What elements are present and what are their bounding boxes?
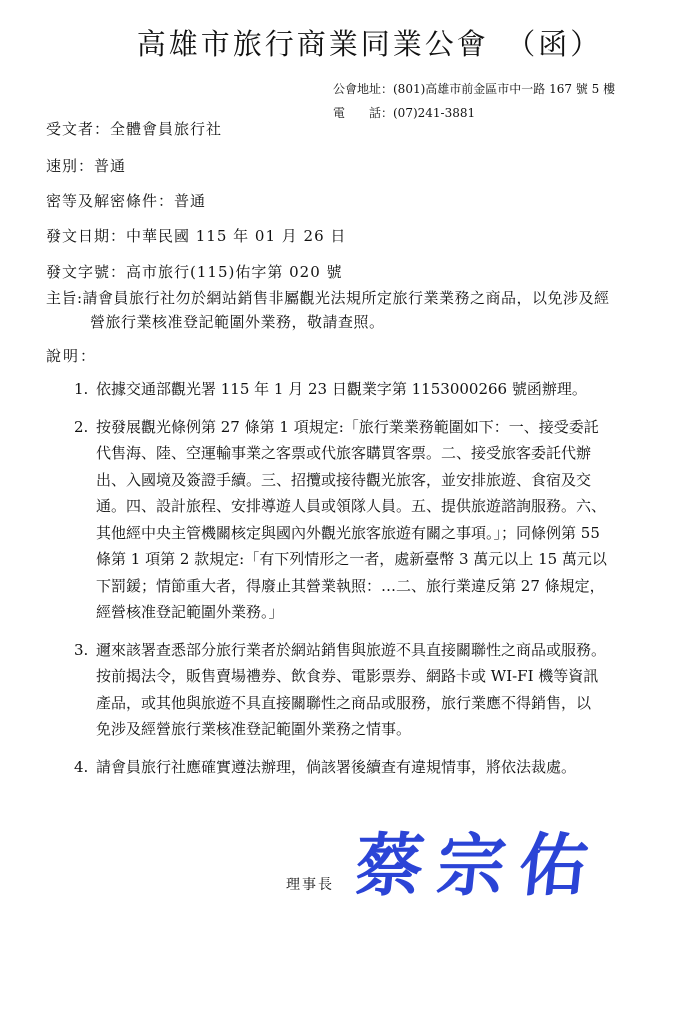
item-line: 通。四、設計旅程、安排導遊人員或領隊人員。五、提供旅遊諮詢服務。六、 xyxy=(96,493,694,520)
item-line: 按發展觀光條例第 27 條第 1 項規定:「旅行業業務範圍如下：一、接受委託 xyxy=(96,414,694,441)
confidentiality-level: 密等及解密條件：普通 xyxy=(46,190,206,211)
subject-line-1: 主旨:請會員旅行社勿於網站銷售非屬觀光法規所定旅行業業務之商品，以免涉及經 xyxy=(46,286,676,310)
item-number: 4. xyxy=(74,754,88,781)
issue-number: 發文字號：高市旅行(115)佑字第 020 號 xyxy=(46,261,343,282)
explanation-item-3: 3. 邇來該署查悉部分旅行業者於網站銷售與旅遊不具直接關聯性之商品或服務。 按前… xyxy=(74,637,694,743)
explanation-item-2: 2. 按發展觀光條例第 27 條第 1 項規定:「旅行業業務範圍如下：一、接受委… xyxy=(74,414,694,626)
association-phone: 電 話：(07)241-3881 xyxy=(333,104,475,121)
recipient: 受文者：全體會員旅行社 xyxy=(46,118,222,139)
item-line: 其他經中央主管機關核定與國內外觀光旅客旅遊有關之事項。」；同條例第 55 xyxy=(96,520,694,547)
explanation-list: 1. 依據交通部觀光署 115 年 1 月 23 日觀業字第 115300026… xyxy=(74,376,694,791)
item-line: 免涉及經營旅行業核准登記範圍外業務之情事。 xyxy=(96,716,694,743)
item-line: 產品，或其他與旅遊不具直接關聯性之商品或服務，旅行業應不得銷售，以 xyxy=(96,690,694,717)
item-line: 下罰鍰；情節重大者，得廢止其營業執照：…二、旅行業違反第 27 條規定， xyxy=(96,573,694,600)
item-line: 代售海、陸、空運輸事業之客票或代旅客購買客票。二、接受旅客委託代辦 xyxy=(96,440,694,467)
item-line: 按前揭法令，販售賣場禮券、飲食券、電影票券、網路卡或 WI-FI 機等資訊 xyxy=(96,663,694,690)
subject-line-2: 營旅行業核准登記範圍外業務，敬請查照。 xyxy=(46,310,676,334)
explanation-label: 說明： xyxy=(46,345,97,366)
subject: 主旨:請會員旅行社勿於網站銷售非屬觀光法規所定旅行業業務之商品，以免涉及經 營旅… xyxy=(46,286,676,334)
item-number: 1. xyxy=(74,376,88,403)
item-line: 邇來該署查悉部分旅行業者於網站銷售與旅遊不具直接關聯性之商品或服務。 xyxy=(96,637,694,664)
item-line: 請會員旅行社應確實遵法辦理，倘該署後續查有違規情事，將依法裁處。 xyxy=(96,754,694,781)
association-address: 公會地址：(801)高雄市前金區市中一路 167 號 5 樓 xyxy=(333,80,615,97)
signer-title: 理事長 xyxy=(286,874,334,894)
item-number: 3. xyxy=(74,637,88,664)
item-line: 依據交通部觀光署 115 年 1 月 23 日觀業字第 1153000266 號… xyxy=(96,376,694,403)
item-line: 出、入國境及簽證手續。三、招攬或接待觀光旅客，並安排旅遊、食宿及交 xyxy=(96,467,694,494)
document-title: 高雄市旅行商業同業公會 （函） xyxy=(0,22,699,63)
speed-category: 速別：普通 xyxy=(46,155,126,176)
item-line: 條第 1 項第 2 款規定:「有下列情形之一者，處新臺幣 3 萬元以上 15 萬… xyxy=(96,546,694,573)
explanation-item-1: 1. 依據交通部觀光署 115 年 1 月 23 日觀業字第 115300026… xyxy=(74,376,694,403)
signature-stamp: 蔡宗佑 xyxy=(351,812,607,909)
issue-date: 發文日期：中華民國 115 年 01 月 26 日 xyxy=(46,225,346,246)
item-number: 2. xyxy=(74,414,88,441)
explanation-item-4: 4. 請會員旅行社應確實遵法辦理，倘該署後續查有違規情事，將依法裁處。 xyxy=(74,754,694,781)
item-line: 經營核准登記範圍外業務。」 xyxy=(96,599,694,626)
